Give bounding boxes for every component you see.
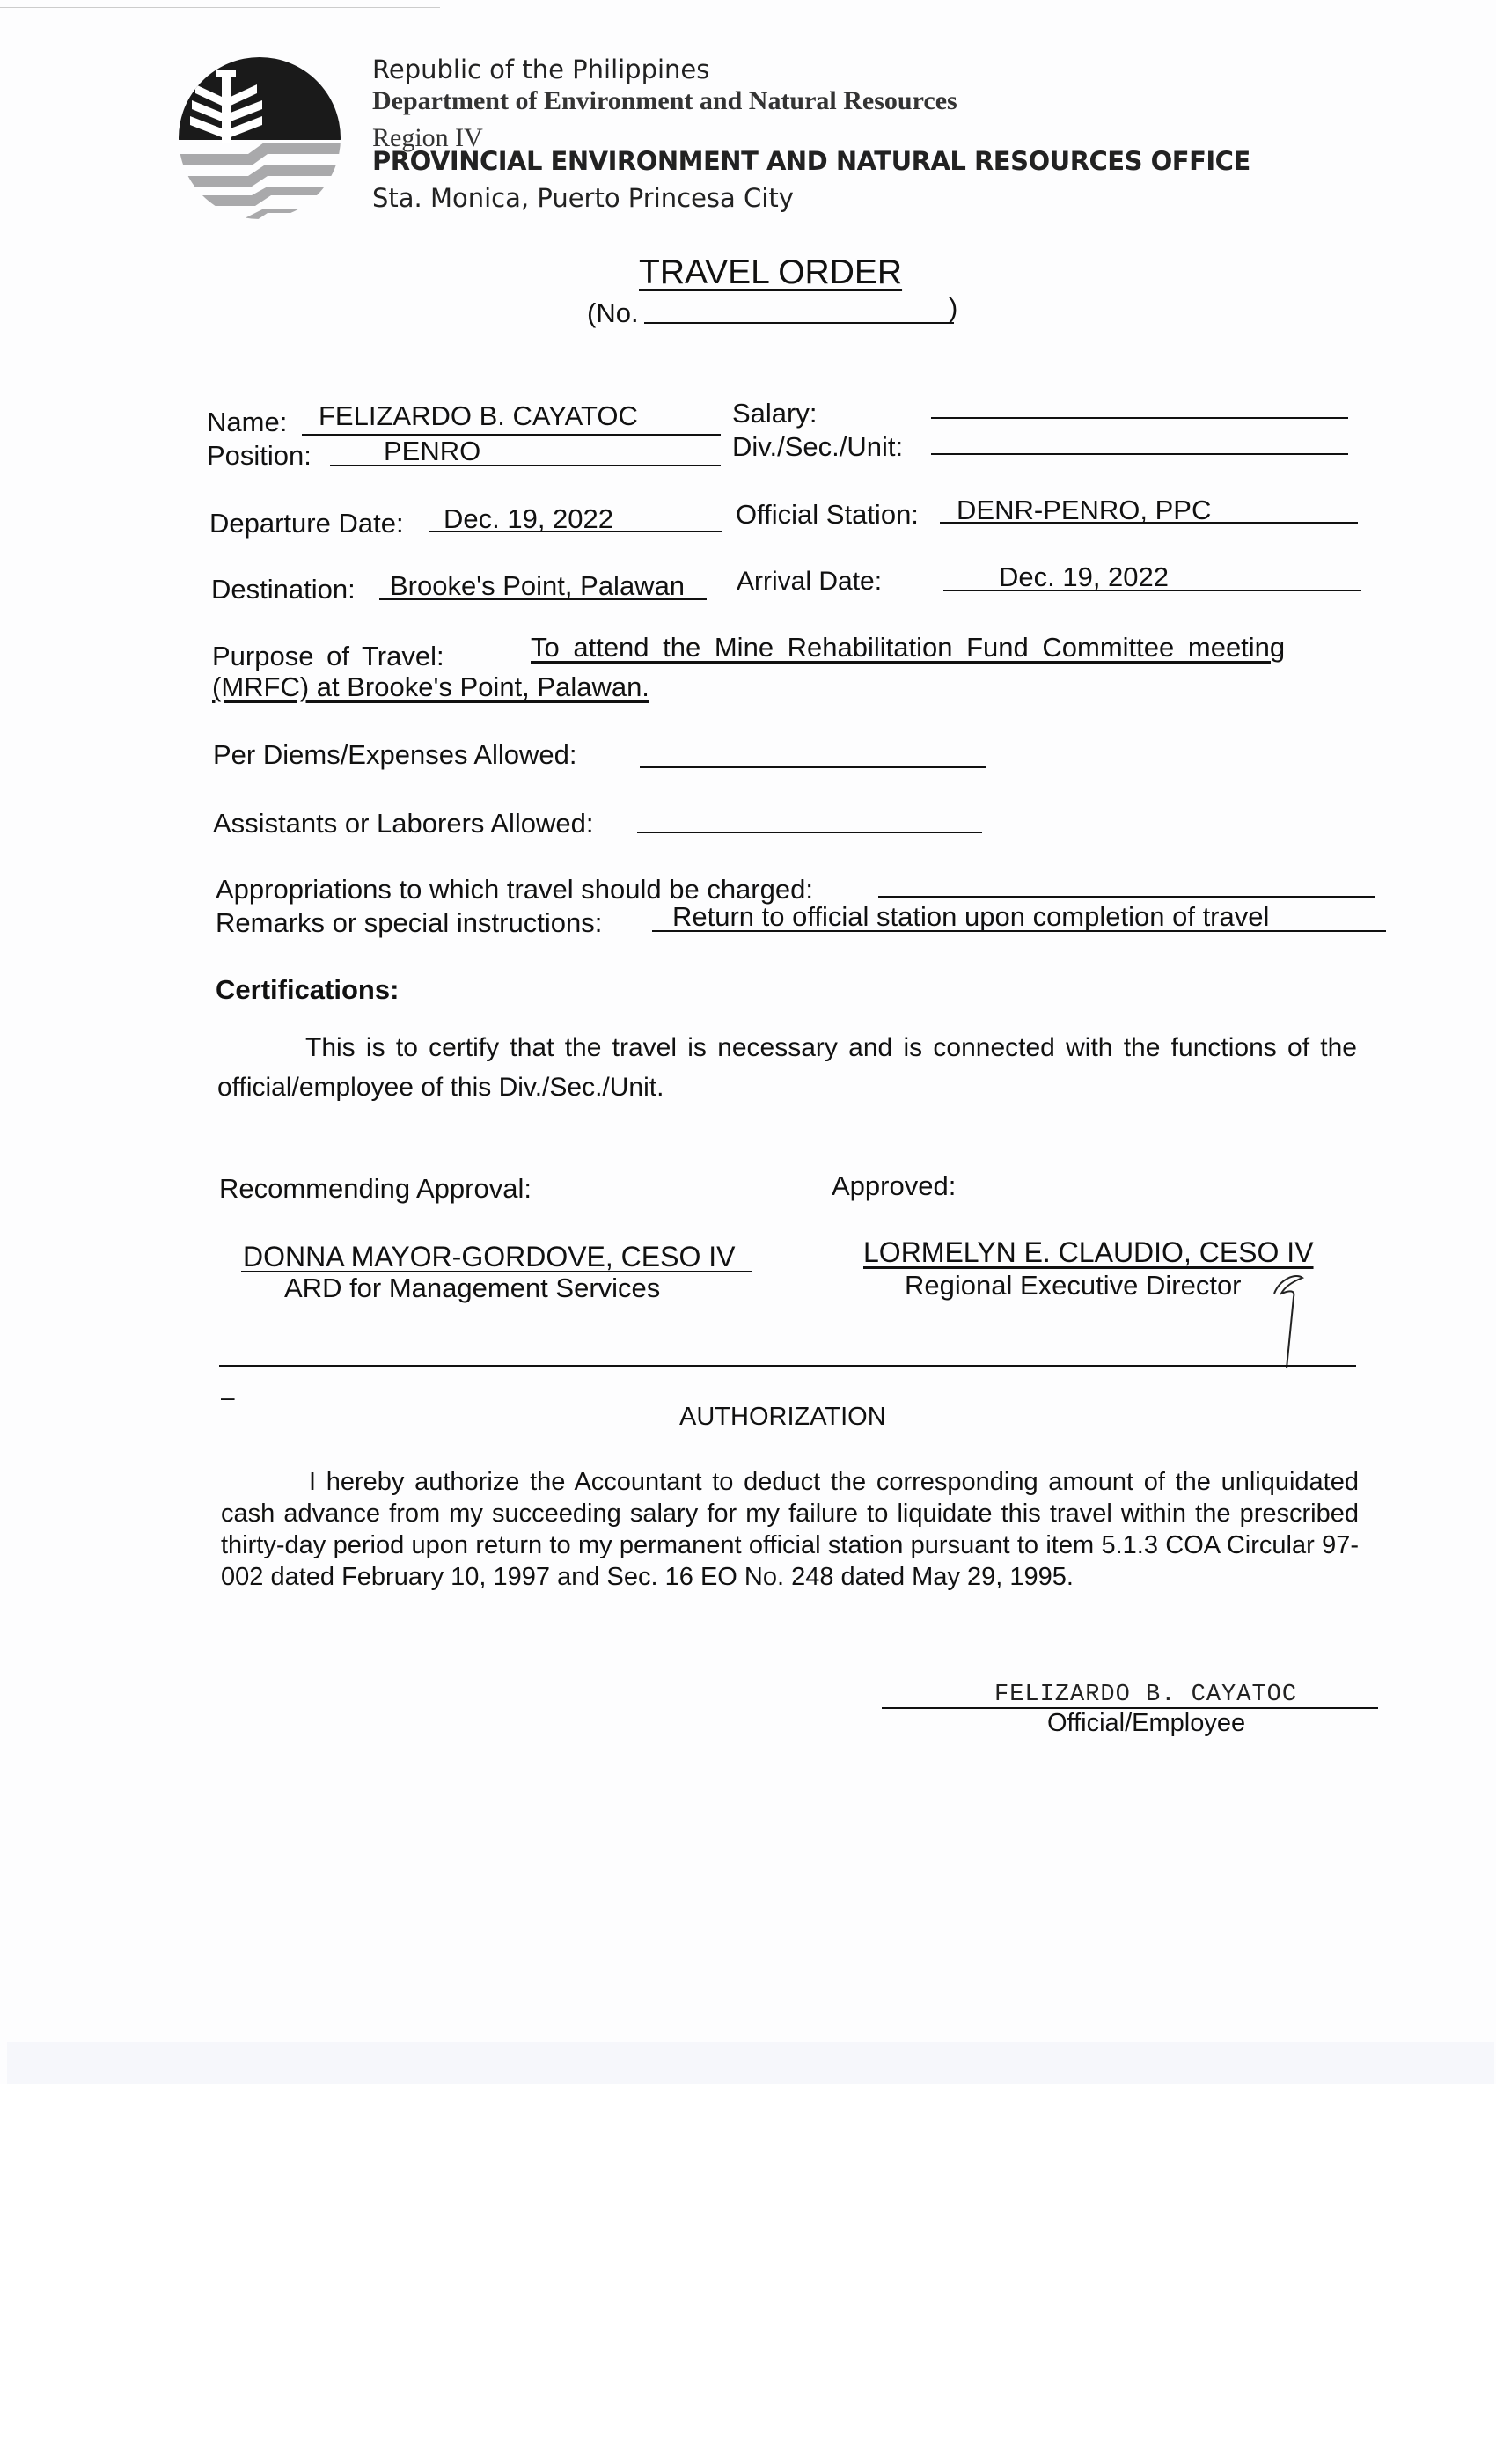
recommending-title: ARD for Management Services xyxy=(284,1272,660,1304)
employee-signer-title: Official/Employee xyxy=(1047,1709,1245,1738)
signature-initial-icon xyxy=(1267,1267,1311,1373)
division-label: Div./Sec./Unit: xyxy=(732,431,903,463)
name-field[interactable] xyxy=(302,434,721,436)
recommending-name: DONNA MAYOR-GORDOVE, CESO IV xyxy=(243,1241,735,1273)
salary-field[interactable] xyxy=(931,417,1348,419)
position-value: PENRO xyxy=(384,436,480,467)
arrival-label: Arrival Date: xyxy=(737,567,882,597)
assistants-field[interactable] xyxy=(637,832,982,833)
destination-value: Brooke's Point, Palawan xyxy=(390,570,685,602)
perdiem-label: Per Diems/Expenses Allowed: xyxy=(213,739,577,771)
scan-top-line xyxy=(0,7,440,8)
position-label: Position: xyxy=(207,440,312,472)
purpose-value-line2: (MRFC) at Brooke's Point, Palawan. xyxy=(212,671,649,703)
order-number-close: ) xyxy=(949,292,957,324)
name-label: Name: xyxy=(207,407,287,438)
recommending-label: Recommending Approval: xyxy=(219,1173,532,1205)
station-label: Official Station: xyxy=(736,499,919,531)
employee-signer-name: FELIZARDO B. CAYATOC xyxy=(994,1682,1297,1708)
appropriations-field[interactable] xyxy=(878,896,1375,898)
approved-title: Regional Executive Director xyxy=(905,1270,1242,1302)
authorization-dash: – xyxy=(221,1383,235,1412)
arrival-value: Dec. 19, 2022 xyxy=(999,561,1169,593)
header-office: PROVINCIAL ENVIRONMENT AND NATURAL RESOU… xyxy=(372,146,1250,176)
order-number-label: (No. xyxy=(587,297,639,329)
denr-logo-icon xyxy=(176,55,343,222)
certifications-text: This is to certify that the travel is ne… xyxy=(217,1028,1357,1107)
header-address: Sta. Monica, Puerto Princesa City xyxy=(372,183,794,213)
purpose-value-line1: To attend the Mine Rehabilitation Fund C… xyxy=(531,632,1285,664)
authorization-heading: AUTHORIZATION xyxy=(679,1403,886,1432)
authorization-text: I hereby authorize the Accountant to ded… xyxy=(221,1466,1359,1593)
position-field[interactable] xyxy=(330,465,721,466)
salary-label: Salary: xyxy=(732,398,817,429)
approved-name: LORMELYN E. CLAUDIO, CESO IV xyxy=(863,1236,1314,1269)
certifications-heading: Certifications: xyxy=(216,974,399,1006)
remarks-label: Remarks or special instructions: xyxy=(216,907,602,939)
station-field[interactable] xyxy=(940,522,1358,524)
approved-label: Approved: xyxy=(832,1170,956,1202)
perdiem-field[interactable] xyxy=(640,766,986,768)
departure-label: Departure Date: xyxy=(209,508,404,539)
purpose-label: Purpose of Travel: xyxy=(212,641,444,672)
departure-field[interactable] xyxy=(429,531,722,532)
header-department: Department of Environment and Natural Re… xyxy=(372,86,957,116)
remarks-value: Return to official station upon completi… xyxy=(672,901,1269,933)
destination-label: Destination: xyxy=(211,574,356,605)
document-title: TRAVEL ORDER xyxy=(639,253,902,292)
arrival-field[interactable] xyxy=(943,590,1361,591)
section-divider xyxy=(219,1365,1356,1367)
division-field[interactable] xyxy=(931,453,1348,455)
order-number-field[interactable] xyxy=(644,322,954,324)
remarks-field[interactable] xyxy=(652,930,1386,932)
scan-edge xyxy=(7,2042,1494,2084)
destination-field[interactable] xyxy=(379,598,707,600)
name-value: FELIZARDO B. CAYATOC xyxy=(319,400,638,432)
assistants-label: Assistants or Laborers Allowed: xyxy=(213,808,594,840)
header-republic: Republic of the Philippines xyxy=(372,55,709,84)
